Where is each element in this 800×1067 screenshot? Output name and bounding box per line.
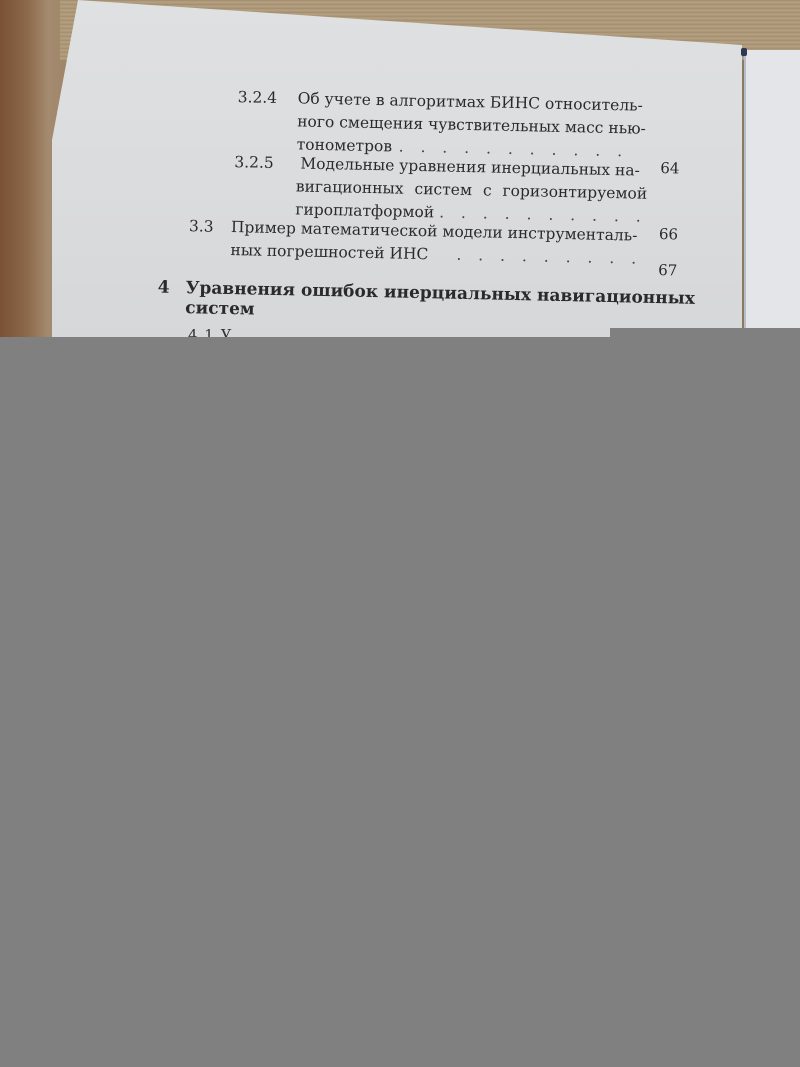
toc-entry-number: 3.3 [189, 215, 214, 238]
toc-entry-4-1-partial: 4.1 У [188, 326, 232, 337]
toc-page-number: 66 [659, 223, 679, 245]
toc-leader-dots: . . . . . . . . . [456, 244, 642, 270]
toc-page-number: 67 [658, 259, 678, 281]
gray-occluding-block [0, 337, 800, 1067]
gray-occluding-block-step [610, 328, 800, 340]
toc-page-number: 64 [660, 157, 680, 179]
toc-entry-line: ных погрешностей ИНС [230, 239, 428, 265]
toc-entry-number: 3.2.5 [234, 151, 274, 174]
toc-entry-number: 3.2.4 [237, 86, 277, 109]
toc-chapter-title-line: систем [185, 297, 255, 320]
toc-chapter-title-line: Уравнения ошибок инерциальных навигацион… [185, 277, 695, 310]
toc-chapter-number: 4 [157, 277, 169, 299]
table-of-contents: 3.2.4 Об учете в алгоритмах БИНС относит… [0, 0, 800, 348]
